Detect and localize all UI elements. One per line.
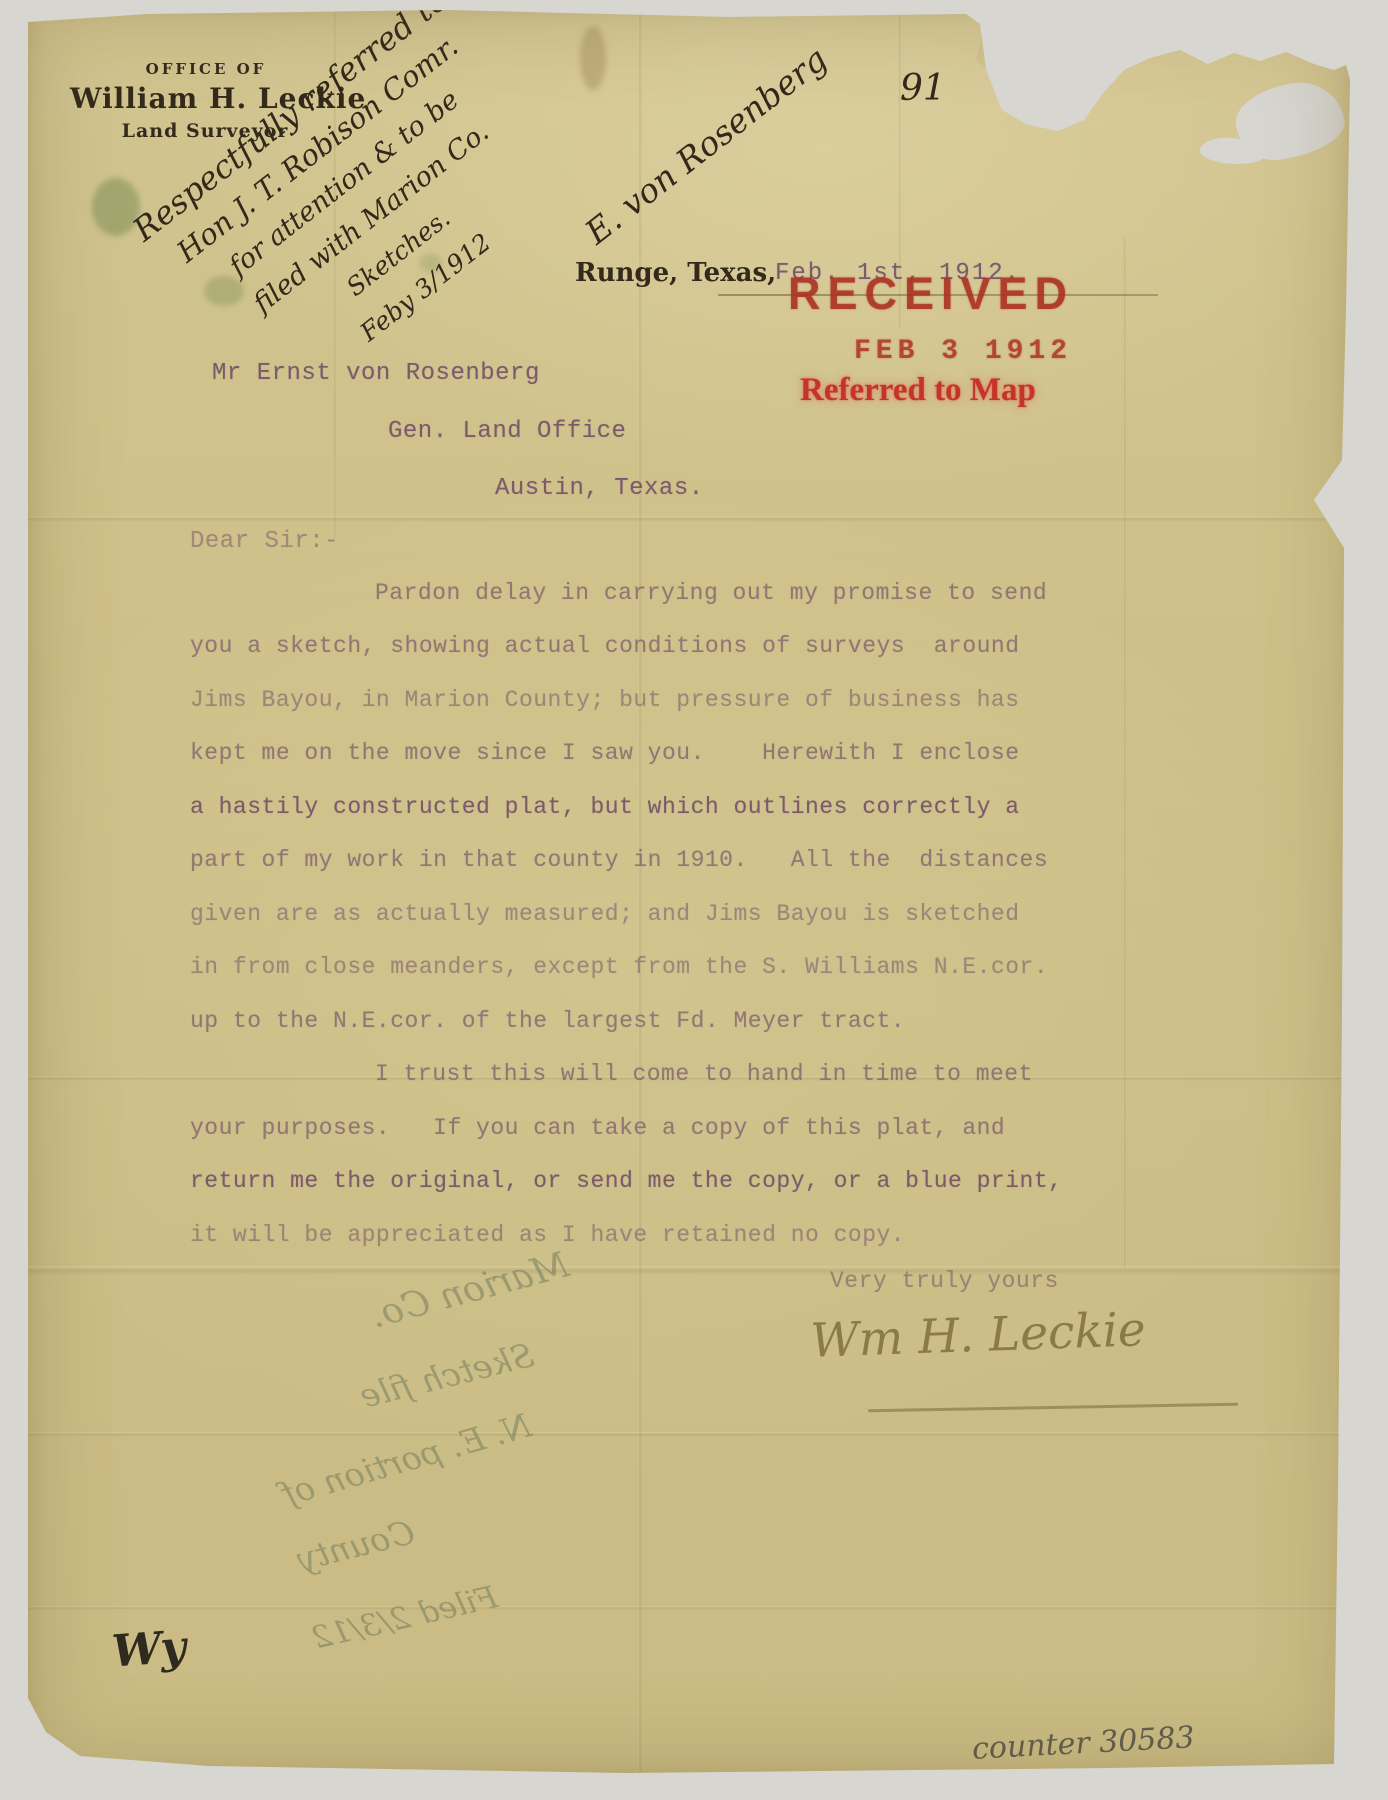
referral-line: filed with Marion Co.	[244, 112, 499, 325]
fold-crease-horizontal	[28, 1432, 1350, 1437]
body-line: I trust this will come to hand in time t…	[375, 1061, 1033, 1087]
dateline-place: Runge, Texas,	[575, 258, 776, 288]
fold-crease-horizontal	[28, 1606, 1350, 1610]
ink-stain	[204, 276, 244, 306]
ink-stain	[92, 178, 140, 236]
document-scan: { "letterhead": { "office_of": "OFFICE O…	[0, 0, 1388, 1800]
body-line: Pardon delay in carrying out my promise …	[375, 580, 1047, 606]
referred-to-map-stamp: Referred to Map	[800, 372, 1036, 409]
body-line: in from close meanders, except from the …	[190, 954, 1048, 980]
signature-underline	[868, 1403, 1238, 1412]
body-line: Jims Bayou, in Marion County; but pressu…	[190, 687, 1020, 713]
paper-smudge	[580, 26, 606, 90]
ink-stain	[420, 254, 442, 272]
letterhead-office-of: OFFICE OF	[136, 60, 276, 78]
received-stamp-date: FEB 3 1912	[854, 336, 1072, 367]
letterhead-name: William H. Leckie	[70, 82, 350, 115]
salutation: Dear Sir:-	[190, 528, 339, 555]
fold-crease-horizontal	[28, 516, 1350, 522]
paper-tear-fragment	[976, 32, 1012, 82]
recipient-office: Gen. Land Office	[388, 418, 626, 445]
referral-date: Feby 3/1912	[350, 222, 501, 353]
dateline-rule	[718, 294, 1158, 296]
body-line: up to the N.E.cor. of the largest Fd. Me…	[190, 1008, 905, 1034]
verso-bleedthrough-line: Filed 2/3/12	[308, 1579, 500, 1657]
fold-crease-horizontal	[28, 1266, 1350, 1275]
referral-line: Sketches.	[337, 198, 461, 308]
closing: Very truly yours	[830, 1268, 1059, 1294]
body-line: return me the original, or send me the c…	[190, 1168, 1062, 1194]
verso-bleedthrough-line: N. E. portion of	[278, 1405, 536, 1513]
signature: Wm H. Leckie	[727, 1299, 1229, 1371]
counter-note: counter 30583	[971, 1720, 1195, 1767]
paper-tear-hole	[1199, 135, 1267, 168]
letterhead-title: Land Surveyor	[120, 120, 290, 142]
paper-tear-hole	[1231, 77, 1348, 165]
page-number-mark: 91	[900, 68, 946, 109]
body-line: part of my work in that county in 1910. …	[190, 847, 1048, 873]
letter-paper: OFFICE OF William H. Leckie Land Surveyo…	[28, 8, 1350, 1776]
verso-bleedthrough-line: County	[293, 1512, 418, 1579]
body-line: kept me on the move since I saw you. Her…	[190, 740, 1020, 766]
body-line: you a sketch, showing actual conditions …	[190, 633, 1020, 659]
body-line: given are as actually measured; and Jims…	[190, 901, 1020, 927]
verso-bleedthrough-line: Marion Co.	[366, 1244, 573, 1336]
recipient-name: Mr Ernst von Rosenberg	[212, 360, 540, 387]
body-line: a hastily constructed plat, but which ou…	[190, 794, 1020, 820]
fold-crease-vertical	[1123, 238, 1126, 1268]
body-line: your purposes. If you can take a copy of…	[190, 1115, 1005, 1141]
initials-mark: Wy	[110, 1621, 187, 1677]
body-line: it will be appreciated as I have retaine…	[190, 1222, 905, 1248]
referral-signature: E. von Rosenberg	[576, 38, 836, 253]
recipient-city: Austin, Texas.	[495, 475, 704, 502]
dateline-date: Feb. 1st, 1912.	[775, 260, 1021, 287]
verso-bleedthrough-line: Sketch file	[356, 1335, 538, 1416]
